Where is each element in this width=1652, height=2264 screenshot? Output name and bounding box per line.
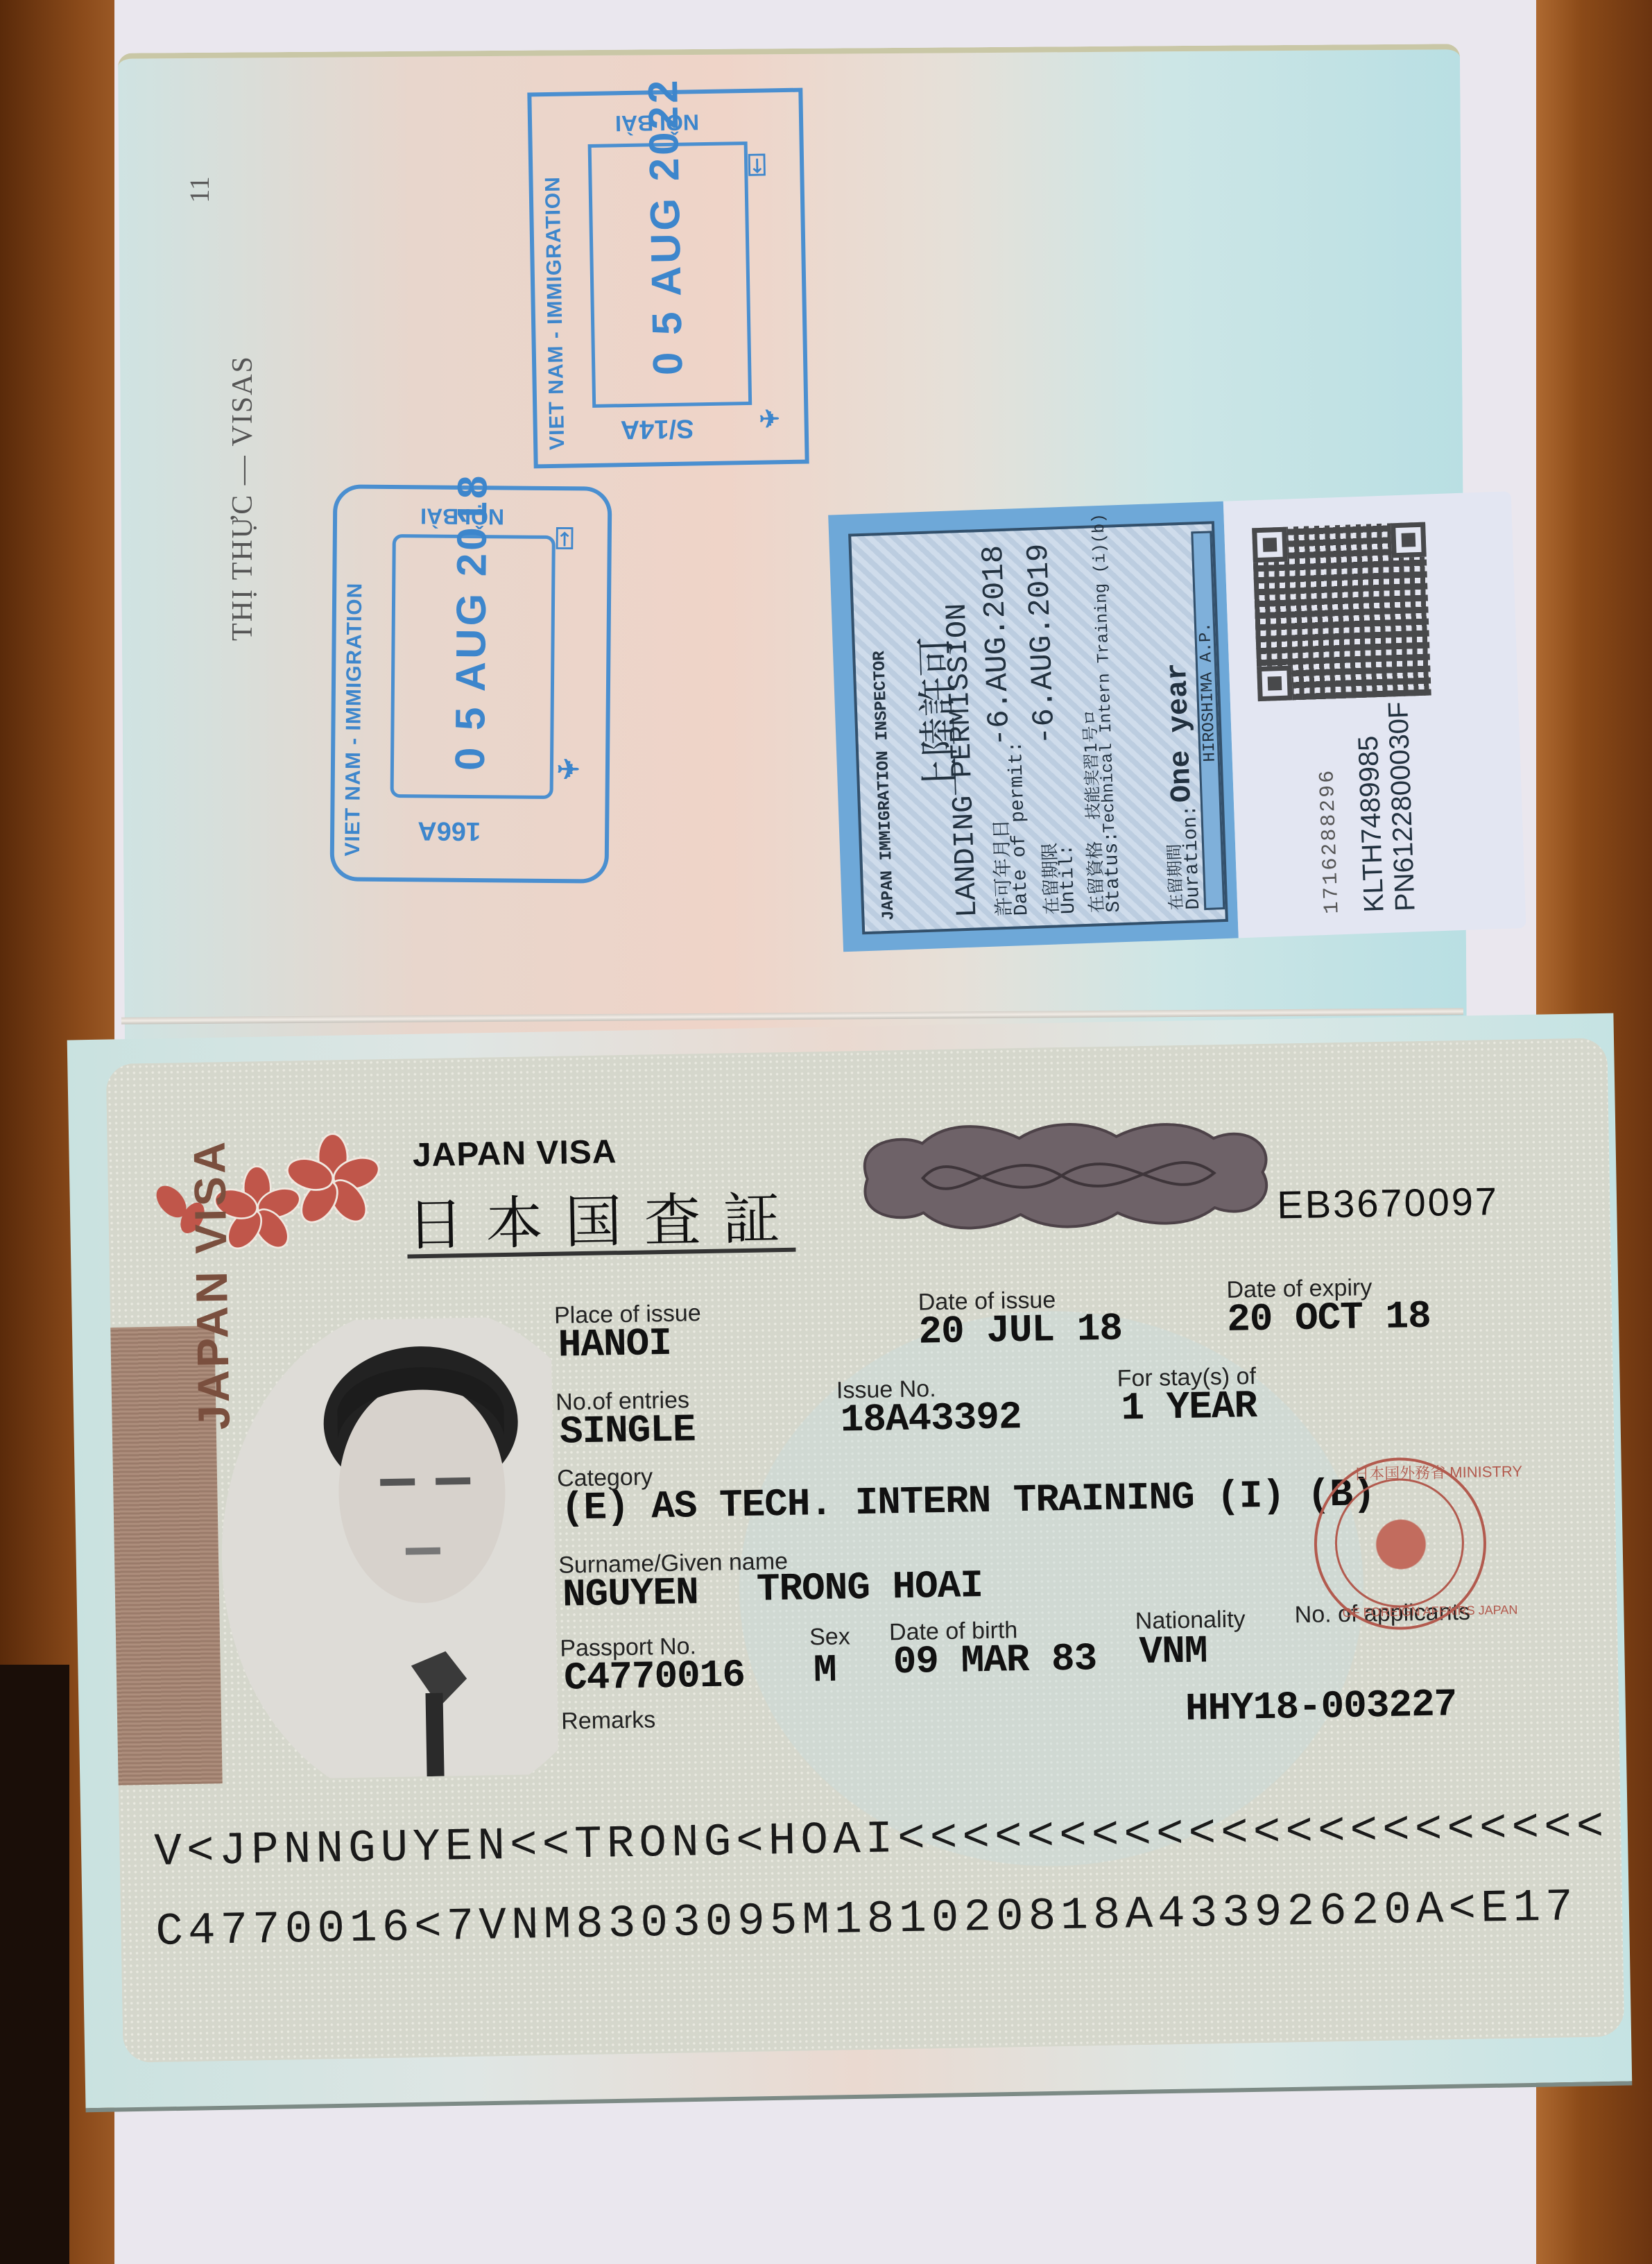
airplane-icon: ✈ [557, 754, 580, 786]
arrival-arrow-icon: ⍗ [748, 148, 766, 183]
entry-stamp: VIET NAM - IMMIGRATION NỘI BÀI 0 5 AUG 2… [527, 88, 809, 469]
status-label: Status: [1101, 830, 1125, 913]
nationality: VNM [1139, 1629, 1207, 1674]
given-name: TRONG HOAI [756, 1563, 983, 1612]
stamp-code: 166A [418, 815, 481, 846]
landing-header: JAPAN IMMIGRATION INSPECTOR [870, 651, 899, 921]
entries: SINGLE [559, 1407, 696, 1454]
band-text: JAPAN VISA [184, 1138, 240, 1430]
cherry-blossom-icon [284, 1132, 382, 1230]
permit-date: -6.AUG.2018 [976, 544, 1018, 747]
table-shadow [0, 1665, 69, 2264]
stamp-date-box: 0 5 AUG 2022 [588, 141, 752, 408]
stamp-date-box: 0 5 AUG 2018 [390, 534, 556, 799]
airplane-icon: ✈ [759, 404, 780, 434]
holder-photo [211, 1317, 558, 1780]
until-date: -6.AUG.2019 [1022, 543, 1063, 746]
exit-stamp: VIET NAM - IMMIGRATION NỘI BÀI 0 5 AUG 2… [330, 484, 612, 883]
stamp-date: 0 5 AUG 2022 [639, 77, 691, 375]
port-of-entry: HIROSHIMA A.P. [1196, 622, 1220, 762]
stamp-code: S/14A [620, 413, 694, 444]
landing-permission-sticker: JAPAN IMMIGRATION INSPECTOR 上陸許可 LANDING… [828, 491, 1537, 959]
page-heading: THỊ THỰC — VISAS [226, 294, 259, 641]
seal-text-top: 日本国外務省 MINISTRY [1354, 1459, 1522, 1484]
visa-number: EB3670097 [1277, 1178, 1499, 1228]
stamp-date: 0 5 AUG 2018 [446, 472, 497, 771]
stay-duration: 1 YEAR [1121, 1384, 1257, 1430]
mrz-line-2: C4770016<7VNM8303095M181020818A43392620A… [155, 1881, 1578, 1958]
departure-arrow-icon: ⍐ [556, 522, 574, 556]
japan-visa-sticker: JAPAN VISA 日本国査証 EB3670097 JAPAN VISA Pl… [106, 1038, 1625, 2063]
place-of-issue: HANOI [558, 1321, 671, 1368]
remarks-label: Remarks [561, 1706, 656, 1735]
until-label: Until: [1056, 844, 1081, 915]
stamp-authority: VIET NAM - IMMIGRATION [341, 583, 367, 857]
qr-code-icon [1252, 522, 1431, 702]
sex: M [813, 1648, 836, 1693]
issue-no: 18A43392 [840, 1395, 1022, 1443]
landing-title-en: LANDING PERMISSION [940, 603, 985, 918]
visa-brand-en: JAPAN VISA [412, 1133, 617, 1174]
sex-label: Sex [809, 1623, 850, 1651]
date-of-birth: 09 MAR 83 [893, 1636, 1097, 1684]
remarks: HHY18-003227 [1185, 1682, 1457, 1731]
portrait-icon [211, 1317, 558, 1780]
surname: NGUYEN [562, 1570, 699, 1617]
serial-number: 1716288296 [1316, 768, 1344, 914]
page-number: 11 [183, 176, 216, 203]
security-ornament-icon [838, 1106, 1284, 1245]
passport-no: C4770016 [564, 1653, 746, 1701]
paulownia-crest-icon [1362, 1506, 1440, 1584]
seal-text-bottom: OF FOREIGN AFFAIRS JAPAN [1343, 1603, 1518, 1620]
stamp-authority: VIET NAM - IMMIGRATION [541, 176, 569, 450]
date-of-issue: 20 JUL 18 [918, 1306, 1123, 1354]
duration-value: One year [1161, 662, 1199, 803]
photo-security-band: JAPAN VISA [110, 1326, 222, 1785]
date-of-expiry: 20 OCT 18 [1227, 1294, 1431, 1342]
